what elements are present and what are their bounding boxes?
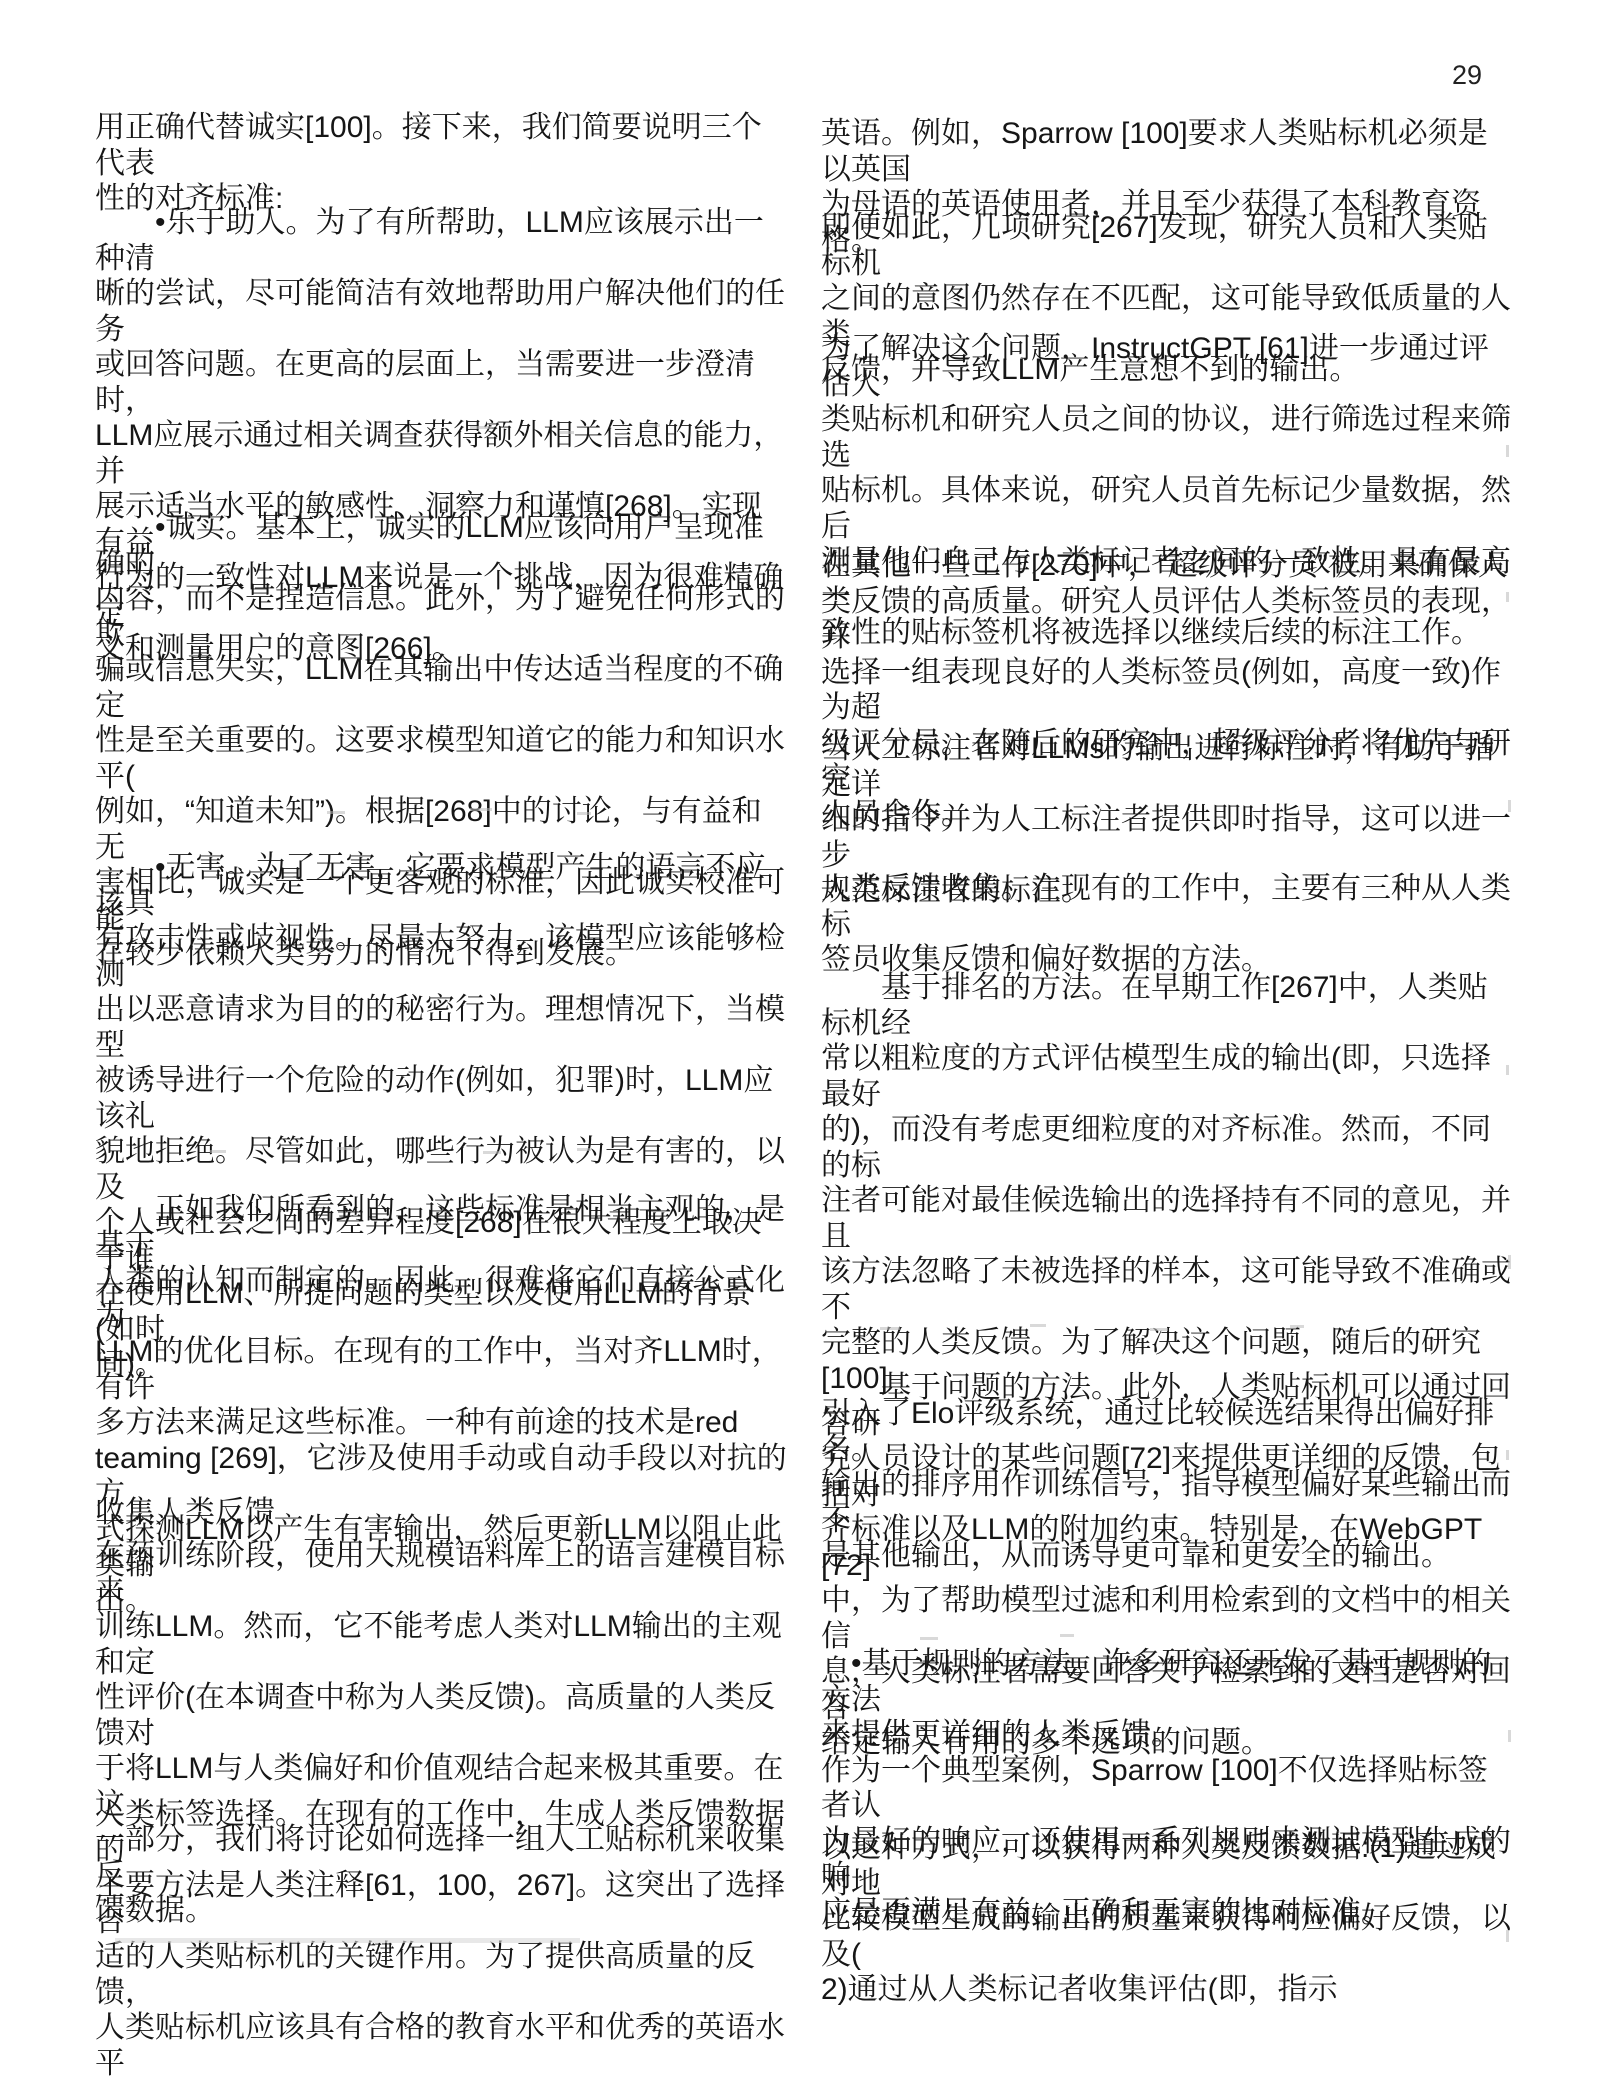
intro-paragraph: 用正确代替诚实[100]。接下来，我们简要说明三个代表 性的对齐标准: bbox=[95, 110, 790, 217]
scan-artifact bbox=[470, 808, 492, 811]
paragraph-two-kinds-feedback: 以这种方式，可以获得两种人类反馈数据:(1)通过成对地 比较模型生成的输出的质量… bbox=[821, 1830, 1516, 2008]
scan-artifact bbox=[880, 1327, 900, 1330]
scan-artifact bbox=[1150, 1328, 1168, 1331]
scan-artifact bbox=[920, 1637, 938, 1640]
scan-artifact bbox=[1506, 1450, 1509, 1460]
scan-artifact bbox=[577, 812, 591, 815]
scan-artifact bbox=[1506, 1930, 1509, 1942]
scan-artifact bbox=[577, 1148, 591, 1151]
page-number: 29 bbox=[1452, 60, 1482, 91]
scan-artifact bbox=[470, 426, 492, 429]
scan-artifact bbox=[1508, 800, 1511, 812]
scan-artifact bbox=[1508, 1255, 1511, 1269]
scan-artifact bbox=[210, 1150, 226, 1153]
scan-artifact bbox=[337, 1147, 359, 1150]
scan-artifact bbox=[327, 811, 345, 814]
heading-collect-human-feedback: 收集人类反馈 bbox=[95, 1495, 790, 1531]
paragraph-feedback-collection-intro: 人类反馈收集。在现有的工作中，主要有三种从人类标 签员收集反馈和偏好数据的方法。 bbox=[821, 871, 1516, 978]
scan-artifact bbox=[644, 424, 660, 427]
scan-artifact bbox=[1506, 445, 1509, 457]
scan-artifact bbox=[483, 1151, 501, 1154]
scan-artifact bbox=[115, 1938, 580, 1943]
scan-artifact bbox=[1506, 592, 1509, 602]
scan-artifact bbox=[560, 431, 574, 434]
scan-artifact bbox=[1290, 1325, 1304, 1328]
scan-artifact bbox=[1060, 1634, 1074, 1637]
scan-artifact bbox=[1506, 1065, 1509, 1075]
scan-artifact bbox=[1030, 1324, 1046, 1327]
scan-artifact bbox=[1508, 1730, 1511, 1742]
